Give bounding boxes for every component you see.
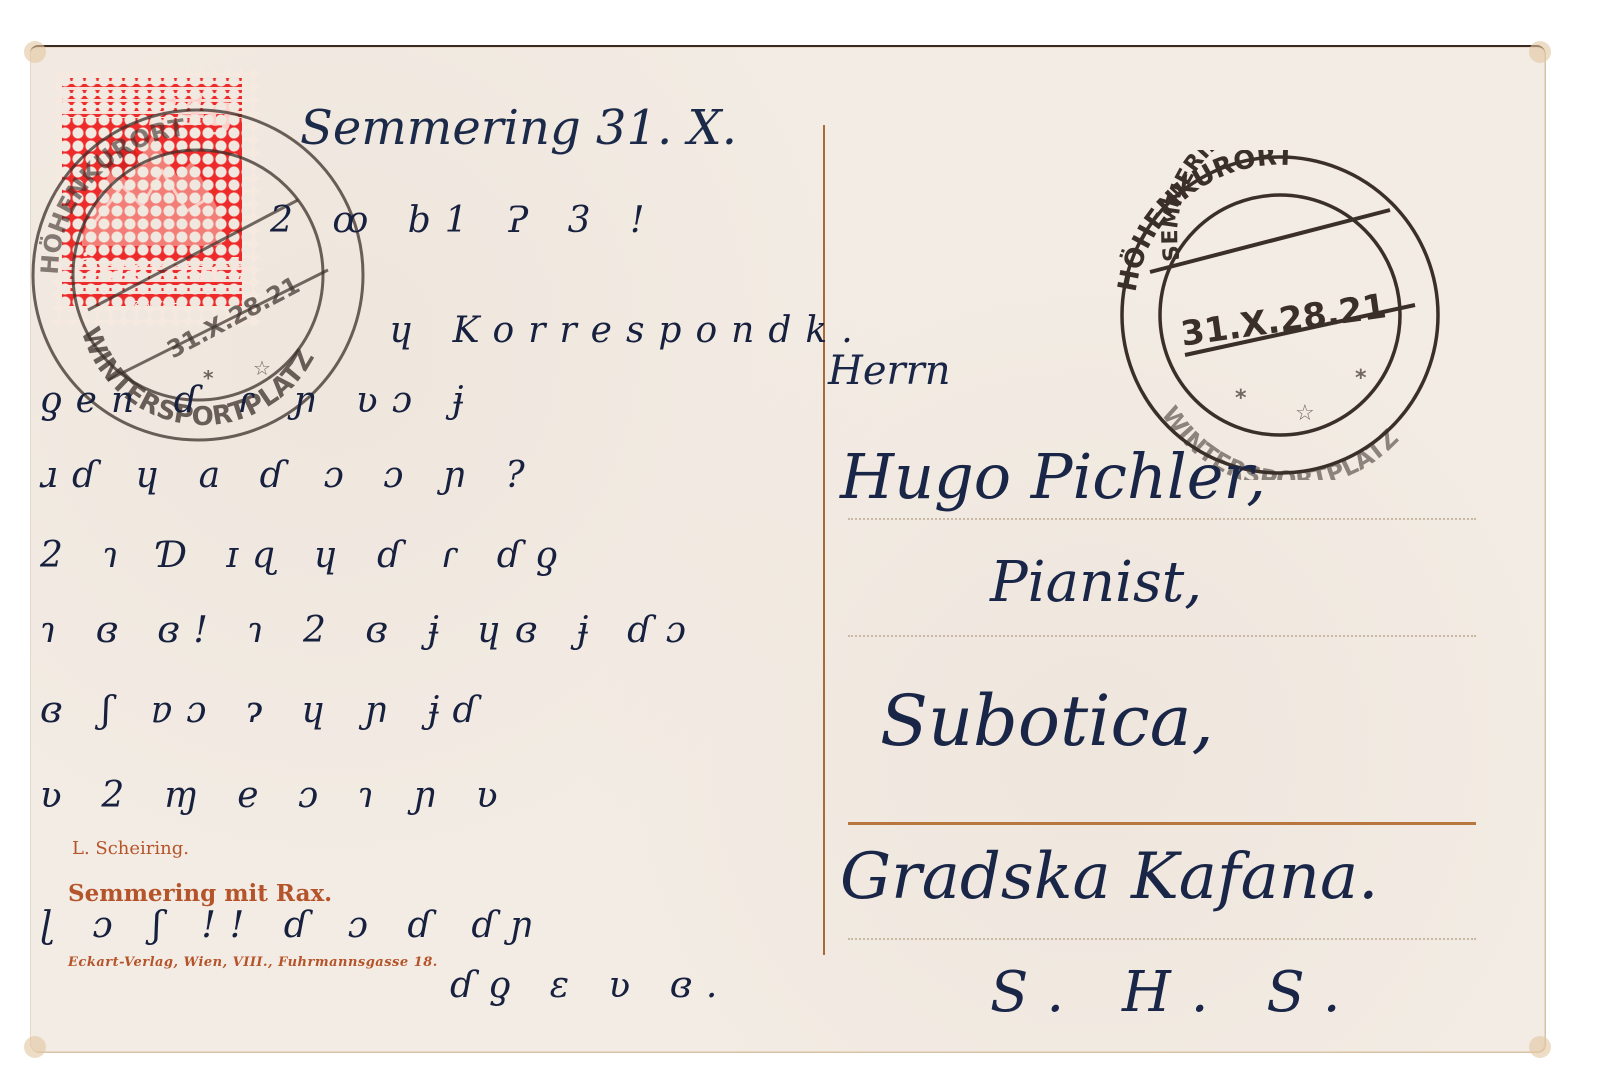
message-line: ɭ ɔ ʃ !! ɗ ɔ ɗ ɗɲ <box>40 905 547 946</box>
ornament-star-icon: ☆ <box>253 356 271 380</box>
address-divider-line <box>823 125 825 955</box>
corner-wear <box>1529 1036 1551 1058</box>
caption-artist: L. Scheiring. <box>72 838 189 859</box>
address-occupation: Pianist, <box>990 550 1202 615</box>
message-line: ɿ ɞ ɞ! ɿ 2 ɞ ɉ ɥɞ ɉ ɗɔ <box>40 610 700 651</box>
message-line: ɗƍ ɛ ʋ ɞ. <box>450 965 731 1006</box>
ornament-asterisk: * <box>1355 366 1367 391</box>
postmark-address-side: HÖHENKURORT SEMMERING 1 31.X.28.21 WINTE… <box>1105 150 1455 480</box>
message-line: ʋ 2 ɱ e ɔ ɿ ɲ ʋ <box>40 775 512 816</box>
corner-wear <box>1529 41 1551 63</box>
address-salutation: Herrn <box>828 348 951 394</box>
address-line-2 <box>848 635 1476 637</box>
address-recipient-name: Hugo Pichler, <box>840 440 1266 513</box>
message-heading: Semmering 31. X. <box>300 100 737 156</box>
address-city: Subotica, <box>880 680 1214 762</box>
postmark-date: 31.X.28.21 <box>1178 286 1388 354</box>
address-street: Gradska Kafana. <box>840 840 1379 914</box>
message-line: ɞ ʃ ɐɔ ɂ ɥ ɲ ɉɗ <box>40 690 491 731</box>
message-line: ɹɗ ɥ a ɗ ɔ ɔ ɲ ? <box>40 455 539 496</box>
caption-publisher: Eckart-Verlag, Wien, VIII., Fuhrmannsgas… <box>68 955 438 970</box>
ornament-asterisk: * <box>1235 386 1247 411</box>
ornament-star-icon: ☆ <box>1295 401 1315 426</box>
corner-wear <box>24 41 46 63</box>
address-country: S. H. S. <box>990 960 1361 1025</box>
postmark-top-text: HÖHENKURORT <box>36 113 188 275</box>
address-line-1 <box>848 518 1476 520</box>
message-line: ɥ Korrespondk. <box>390 310 867 351</box>
address-line-4 <box>848 938 1476 940</box>
message-line: 2 ꝏ b1 Ɂ 3 ! <box>270 200 658 241</box>
message-line: ƍen ɗ ɾ ɲ ʋɔ ɉ <box>40 380 477 421</box>
corner-wear <box>24 1036 46 1058</box>
caption-title: Semmering mit Rax. <box>68 880 332 907</box>
address-line-3 <box>848 822 1476 825</box>
postmark-date: 31.X.28.21 <box>162 271 304 364</box>
svg-text:HÖHENKURORT: HÖHENKURORT <box>36 113 188 275</box>
message-line: 2 ɿ Ɗ ɪɋ ɥ ɗ ɾ ɗƍ <box>40 535 571 576</box>
